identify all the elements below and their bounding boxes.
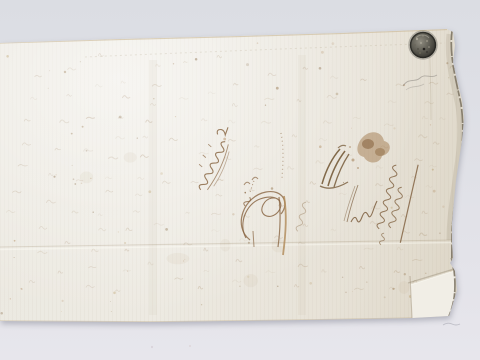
document-markings xyxy=(0,0,480,360)
photo-backdrop xyxy=(0,0,480,360)
fold-flap xyxy=(408,258,456,318)
document-paper-shadow xyxy=(0,0,480,360)
paper-texture xyxy=(0,42,456,314)
inscription-docket xyxy=(188,123,241,195)
inscription-caisse xyxy=(344,185,377,222)
ink-stain xyxy=(349,132,390,169)
inscription-no-mark xyxy=(239,177,260,207)
inscription-dotted-leader xyxy=(281,133,283,178)
inscription-right-column xyxy=(295,159,421,246)
crease-lines xyxy=(0,31,452,315)
seal xyxy=(409,31,437,59)
document-paper xyxy=(0,0,480,360)
inscription-signature-scrawl xyxy=(320,145,349,188)
deckle-edge xyxy=(0,30,463,322)
